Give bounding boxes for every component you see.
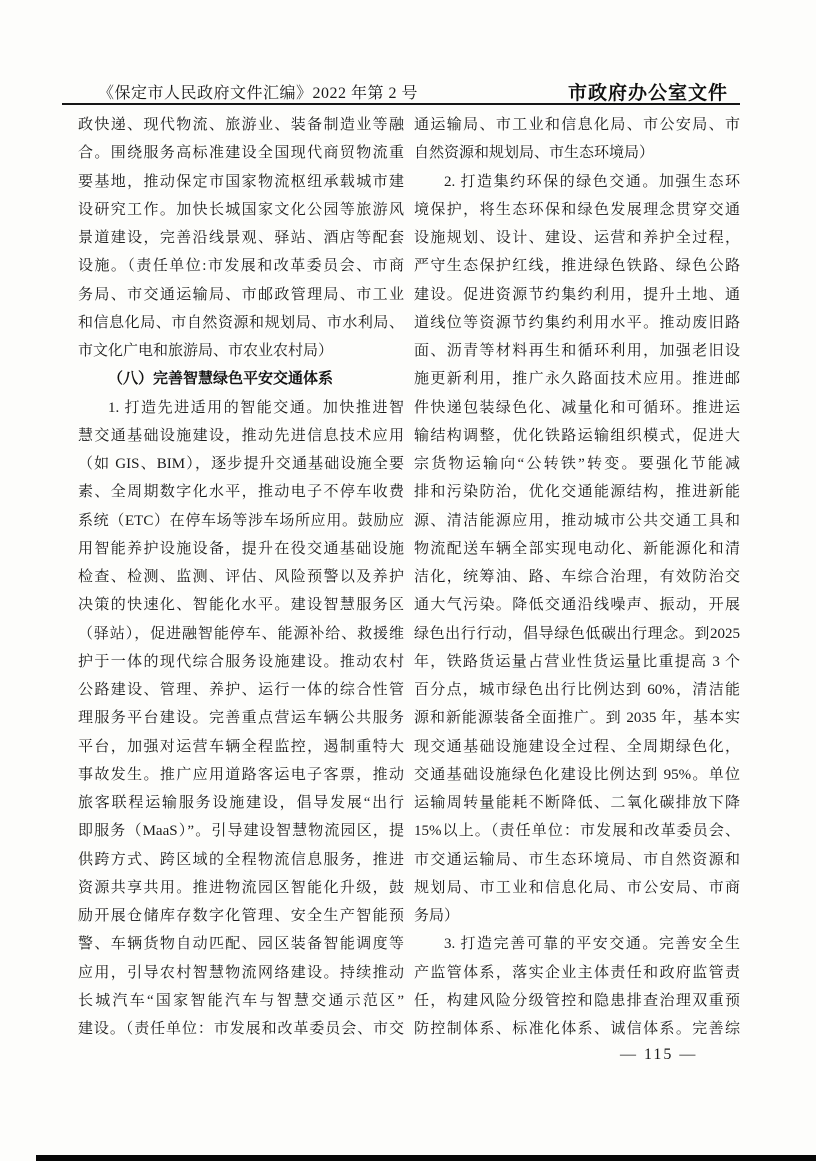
- section-heading: （八）完善智慧绿色平安交通体系: [78, 365, 404, 393]
- text-line: 通运输局、市工业和信息化局、市公安局、市: [414, 111, 740, 139]
- left-column: 政快递、现代物流、旅游业、装备制造业等融合。围绕服务高标准建设全国现代商贸物流重…: [78, 111, 404, 1043]
- text-line: 绿色出行行动，倡导绿色低碳出行理念。到2025: [414, 620, 740, 648]
- text-line: 境保护，将生态环保和绿色发展理念贯穿交通: [414, 196, 740, 224]
- text-line: 15%以上。（责任单位：市发展和改革委员会、: [414, 817, 740, 845]
- text-line: 源和新能源装备全面推广。到 2035 年，基本实: [414, 704, 740, 732]
- text-line: 旅客联程运输服务设施建设，倡导发展“出行: [78, 789, 404, 817]
- text-line: 3. 打造完善可靠的平安交通。完善安全生: [414, 930, 740, 958]
- text-line: 2. 打造集约环保的绿色交通。加强生态环: [414, 168, 740, 196]
- text-line: 励开展仓储库存数字化管理、安全生产智能预: [78, 902, 404, 930]
- header-booklet-title: 《保定市人民政府文件汇编》2022 年第 2 号: [98, 80, 418, 103]
- text-line: 市文化广电和旅游局、市农业农村局）: [78, 337, 404, 365]
- two-column-text: 政快递、现代物流、旅游业、装备制造业等融合。围绕服务高标准建设全国现代商贸物流重…: [78, 111, 740, 1043]
- text-line: 交通基础设施绿色化建设比例达到 95%。单位: [414, 761, 740, 789]
- text-line: 合。围绕服务高标准建设全国现代商贸物流重: [78, 139, 404, 167]
- text-line: 防控制体系、标准化体系、诚信体系。完善综: [414, 1015, 740, 1043]
- text-line: 设研究工作。加快长城国家文化公园等旅游风: [78, 196, 404, 224]
- text-line: 决策的快速化、智能化水平。建设智慧服务区: [78, 591, 404, 619]
- text-line: 建设。促进资源节约集约利用，提升土地、通: [414, 281, 740, 309]
- text-line: 排和污染防治，优化交通能源结构，推进新能: [414, 478, 740, 506]
- text-line: 检查、检测、监测、评估、风险预警以及养护: [78, 563, 404, 591]
- text-line: 务局）: [414, 902, 740, 930]
- text-line: 输结构调整，优化铁路运输组织模式，促进大: [414, 422, 740, 450]
- text-line: 市交通运输局、市生态环境局、市自然资源和: [414, 846, 740, 874]
- text-line: （如 GIS、BIM），逐步提升交通基础设施全要: [78, 450, 404, 478]
- text-line: 事故发生。推广应用道路客运电子客票，推动: [78, 761, 404, 789]
- text-line: 公路建设、管理、养护、运行一体的综合性管: [78, 676, 404, 704]
- header-rule: [62, 103, 740, 105]
- text-line: 宗货物运输向“公转铁”转变。要强化节能减: [414, 450, 740, 478]
- text-line: 百分点，城市绿色出行比例达到 60%，清洁能: [414, 676, 740, 704]
- text-line: 系统（ETC）在停车场等涉车场所应用。鼓励应: [78, 507, 404, 535]
- text-line: 件快递包装绿色化、减量化和可循环。推进运: [414, 394, 740, 422]
- text-line: 应用，引导农村智慧物流网络建设。持续推动: [78, 959, 404, 987]
- text-line: 素、全周期数字化水平，推动电子不停车收费: [78, 478, 404, 506]
- text-line: 护于一体的现代综合服务设施建设。推动农村: [78, 648, 404, 676]
- text-line: 要基地，推动保定市国家物流枢纽承载城市建: [78, 168, 404, 196]
- text-line: 施更新利用，推广永久路面技术应用。推进邮: [414, 365, 740, 393]
- document-page: 《保定市人民政府文件汇编》2022 年第 2 号 市政府办公室文件 政快递、现代…: [0, 0, 816, 1161]
- text-line: 供跨方式、跨区域的全程物流信息服务，推进: [78, 846, 404, 874]
- text-line: 规划局、市工业和信息化局、市公安局、市商: [414, 874, 740, 902]
- scan-edge-artifact: [36, 1155, 816, 1161]
- text-line: 景道建设，完善沿线景观、驿站、酒店等配套: [78, 224, 404, 252]
- text-line: 现交通基础设施建设全过程、全周期绿色化，: [414, 733, 740, 761]
- text-line: 用智能养护设施设备，提升在役交通基础设施: [78, 535, 404, 563]
- text-line: 慧交通基础设施建设，推动先进信息技术应用: [78, 422, 404, 450]
- text-line: 设施规划、设计、建设、运营和养护全过程，: [414, 224, 740, 252]
- text-line: 1. 打造先进适用的智能交通。加快推进智: [78, 394, 404, 422]
- text-line: 理服务平台建设。完善重点营运车辆公共服务: [78, 704, 404, 732]
- text-line: 产监管体系，落实企业主体责任和政府监管责: [414, 959, 740, 987]
- text-line: 设施。（责任单位:市发展和改革委员会、市商: [78, 252, 404, 280]
- text-line: 面、沥青等材料再生和循环利用，加强老旧设: [414, 337, 740, 365]
- text-line: 通大气污染。降低交通沿线噪声、振动，开展: [414, 591, 740, 619]
- text-line: 年，铁路货运量占营业性货运量比重提高 3 个: [414, 648, 740, 676]
- text-line: 道线位等资源节约集约利用水平。推动废旧路: [414, 309, 740, 337]
- text-line: 建设。（责任单位：市发展和改革委员会、市交: [78, 1015, 404, 1043]
- text-line: （驿站），促进融智能停车、能源补给、救援维: [78, 620, 404, 648]
- text-line: 任，构建风险分级管控和隐患排查治理双重预: [414, 987, 740, 1015]
- page-number: — 115 —: [620, 1046, 697, 1064]
- text-line: 和信息化局、市自然资源和规划局、市水利局、: [78, 309, 404, 337]
- text-line: 洁化，统筹油、路、车综合治理，有效防治交: [414, 563, 740, 591]
- text-line: 源、清洁能源应用，推动城市公共交通工具和: [414, 507, 740, 535]
- header-doc-type: 市政府办公室文件: [568, 78, 728, 105]
- text-line: 自然资源和规划局、市生态环境局）: [414, 139, 740, 167]
- text-line: 警、车辆货物自动匹配、园区装备智能调度等: [78, 930, 404, 958]
- text-line: 长城汽车“国家智能汽车与智慧交通示范区”: [78, 987, 404, 1015]
- text-line: 严守生态保护红线，推进绿色铁路、绿色公路: [414, 252, 740, 280]
- text-line: 务局、市交通运输局、市邮政管理局、市工业: [78, 281, 404, 309]
- text-line: 平台，加强对运营车辆全程监控，遏制重特大: [78, 733, 404, 761]
- right-column: 通运输局、市工业和信息化局、市公安局、市自然资源和规划局、市生态环境局）2. 打…: [414, 111, 740, 1043]
- text-line: 资源共享共用。推进物流园区智能化升级，鼓: [78, 874, 404, 902]
- text-line: 政快递、现代物流、旅游业、装备制造业等融: [78, 111, 404, 139]
- text-line: 运输周转量能耗不断降低、二氧化碳排放下降: [414, 789, 740, 817]
- text-line: 物流配送车辆全部实现电动化、新能源化和清: [414, 535, 740, 563]
- text-line: 即服务（MaaS）”。引导建设智慧物流园区，提: [78, 817, 404, 845]
